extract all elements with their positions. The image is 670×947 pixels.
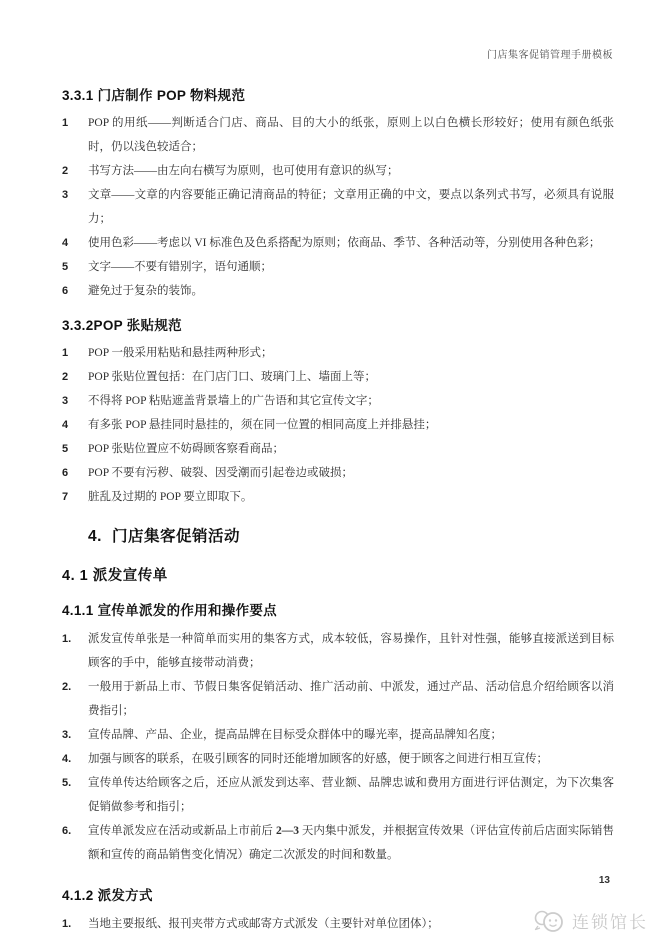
- item-number: 4.: [62, 747, 88, 771]
- watermark-logo-icon: [532, 909, 566, 933]
- item-text: POP 张贴位置包括：在门店门口、玻璃门上、墙面上等；: [88, 365, 614, 389]
- list-item: 1 POP 一般采用粘贴和悬挂两种形式；: [62, 341, 614, 365]
- item-number: 3: [62, 389, 88, 413]
- list-item: 1. 派发宣传单张是一种简单而实用的集客方式，成本较低，容易操作，且针对性强，能…: [62, 627, 614, 675]
- list-item: 4. 加强与顾客的联系，在吸引顾客的同时还能增加顾客的好感，便于顾客之间进行相互…: [62, 747, 614, 771]
- page-number: 13: [599, 875, 610, 886]
- item-text: 文章——文章的内容要能正确记清商品的特征；文章用正确的中文，要点以条列式书写，必…: [88, 183, 614, 231]
- section-heading-3-3-1: 3.3.1 门店制作 POP 物料规范: [62, 84, 614, 104]
- item-text: 不得将 POP 粘贴遮盖背景墙上的广告语和其它宣传文字；: [88, 389, 614, 413]
- item-number: 2: [62, 365, 88, 389]
- list-item: 3 不得将 POP 粘贴遮盖背景墙上的广告语和其它宣传文字；: [62, 389, 614, 413]
- item-text: 脏乱及过期的 POP 要立即取下。: [88, 485, 614, 509]
- item-text: 避免过于复杂的装饰。: [88, 279, 614, 303]
- item-text: POP 张贴位置应不妨碍顾客察看商品；: [88, 437, 614, 461]
- section-heading-3-3-2: 3.3.2POP 张贴规范: [62, 314, 614, 334]
- item-number: 5: [62, 437, 88, 461]
- section-heading-4-1: 4. 1 派发宣传单: [62, 564, 614, 585]
- list-3-3-2: 1 POP 一般采用粘贴和悬挂两种形式； 2 POP 张贴位置包括：在门店门口、…: [62, 341, 614, 509]
- item-text: 书写方法——由左向右横写为原则，也可使用有意识的纵写；: [88, 159, 614, 183]
- item-text: 加强与顾客的联系，在吸引顾客的同时还能增加顾客的好感，便于顾客之间进行相互宣传；: [88, 747, 614, 771]
- item-text: 宣传单派发应在活动或新品上市前后 2—3 天内集中派发，并根据宣传效果（评估宣传…: [88, 819, 614, 867]
- item-text: POP 的用纸——判断适合门店、商品、目的大小的纸张，原则上以白色横长形较好；使…: [88, 111, 614, 159]
- list-item: 6 避免过于复杂的装饰。: [62, 279, 614, 303]
- item-number: 1: [62, 111, 88, 159]
- section-heading-4-1-1: 4.1.1 宣传单派发的作用和操作要点: [62, 599, 614, 619]
- item-number: 1.: [62, 912, 88, 936]
- item-number: 6: [62, 279, 88, 303]
- item-text: POP 不要有污秽、破裂、因受潮而引起卷边或破损；: [88, 461, 614, 485]
- item-number: 5: [62, 255, 88, 279]
- item-text: 一般用于新品上市、节假日集客促销活动、推广活动前、中派发，通过产品、活动信息介绍…: [88, 675, 614, 723]
- list-item: 5. 宣传单传达给顾客之后，还应从派发到达率、营业额、品牌忠诚和费用方面进行评估…: [62, 771, 614, 819]
- item-text: 文字——不要有错别字，语句通顺；: [88, 255, 614, 279]
- item-text: 宣传单传达给顾客之后，还应从派发到达率、营业额、品牌忠诚和费用方面进行评估测定，…: [88, 771, 614, 819]
- list-item: 2 书写方法——由左向右横写为原则，也可使用有意识的纵写；: [62, 159, 614, 183]
- item-number: 2: [62, 159, 88, 183]
- item-number: 3.: [62, 723, 88, 747]
- list-item: 6 POP 不要有污秽、破裂、因受潮而引起卷边或破损；: [62, 461, 614, 485]
- document-page: 门店集客促销管理手册模板 3.3.1 门店制作 POP 物料规范 1 POP 的…: [0, 0, 670, 947]
- doc-header-title: 门店集客促销管理手册模板: [487, 46, 613, 61]
- item-text-bold: 2—3: [276, 825, 299, 837]
- item-text: 派发宣传单张是一种简单而实用的集客方式，成本较低，容易操作，且针对性强，能够直接…: [88, 627, 614, 675]
- list-3-3-1: 1 POP 的用纸——判断适合门店、商品、目的大小的纸张，原则上以白色横长形较好…: [62, 111, 614, 303]
- list-item: 2. 一般用于新品上市、节假日集客促销活动、推广活动前、中派发，通过产品、活动信…: [62, 675, 614, 723]
- list-item: 5 文字——不要有错别字，语句通顺；: [62, 255, 614, 279]
- item-text: POP 一般采用粘贴和悬挂两种形式；: [88, 341, 614, 365]
- item-text: 宣传品牌、产品、企业，提高品牌在目标受众群体中的曝光率，提高品牌知名度；: [88, 723, 614, 747]
- watermark-label: 连锁馆长: [572, 908, 648, 933]
- section-number: 4.: [88, 528, 102, 545]
- list-item: 2 POP 张贴位置包括：在门店门口、玻璃门上、墙面上等；: [62, 365, 614, 389]
- item-number: 2.: [62, 675, 88, 723]
- section-heading-4-1-2: 4.1.2 派发方式: [62, 884, 614, 904]
- list-item: 5 POP 张贴位置应不妨碍顾客察看商品；: [62, 437, 614, 461]
- item-text-pre: 宣传单派发应在活动或新品上市前后: [88, 825, 276, 837]
- item-number: 1: [62, 341, 88, 365]
- item-number: 6: [62, 461, 88, 485]
- item-number: 4: [62, 231, 88, 255]
- item-number: 4: [62, 413, 88, 437]
- list-item: 3. 宣传品牌、产品、企业，提高品牌在目标受众群体中的曝光率，提高品牌知名度；: [62, 723, 614, 747]
- list-item: 1 POP 的用纸——判断适合门店、商品、目的大小的纸张，原则上以白色横长形较好…: [62, 111, 614, 159]
- item-number: 5.: [62, 771, 88, 819]
- item-number: 3: [62, 183, 88, 231]
- item-number: 6.: [62, 819, 88, 867]
- list-item: 7 脏乱及过期的 POP 要立即取下。: [62, 485, 614, 509]
- section-label: 门店集客促销活动: [112, 528, 240, 545]
- item-text: 有多张 POP 悬挂同时悬挂的，须在同一位置的相同高度上并排悬挂；: [88, 413, 614, 437]
- list-item: 6. 宣传单派发应在活动或新品上市前后 2—3 天内集中派发，并根据宣传效果（评…: [62, 819, 614, 867]
- list-item: 4 使用色彩——考虑以 VI 标准色及色系搭配为原则；依商品、季节、各种活动等，…: [62, 231, 614, 255]
- section-heading-4: 4.门店集客促销活动: [62, 524, 614, 546]
- page-content: 3.3.1 门店制作 POP 物料规范 1 POP 的用纸——判断适合门店、商品…: [62, 84, 614, 936]
- list-item: 3 文章——文章的内容要能正确记清商品的特征；文章用正确的中文，要点以条列式书写…: [62, 183, 614, 231]
- item-number: 7: [62, 485, 88, 509]
- list-4-1-1: 1. 派发宣传单张是一种简单而实用的集客方式，成本较低，容易操作，且针对性强，能…: [62, 627, 614, 867]
- list-item: 4 有多张 POP 悬挂同时悬挂的，须在同一位置的相同高度上并排悬挂；: [62, 413, 614, 437]
- item-number: 1.: [62, 627, 88, 675]
- watermark: 连锁馆长: [532, 908, 648, 933]
- item-text: 使用色彩——考虑以 VI 标准色及色系搭配为原则；依商品、季节、各种活动等，分别…: [88, 231, 614, 255]
